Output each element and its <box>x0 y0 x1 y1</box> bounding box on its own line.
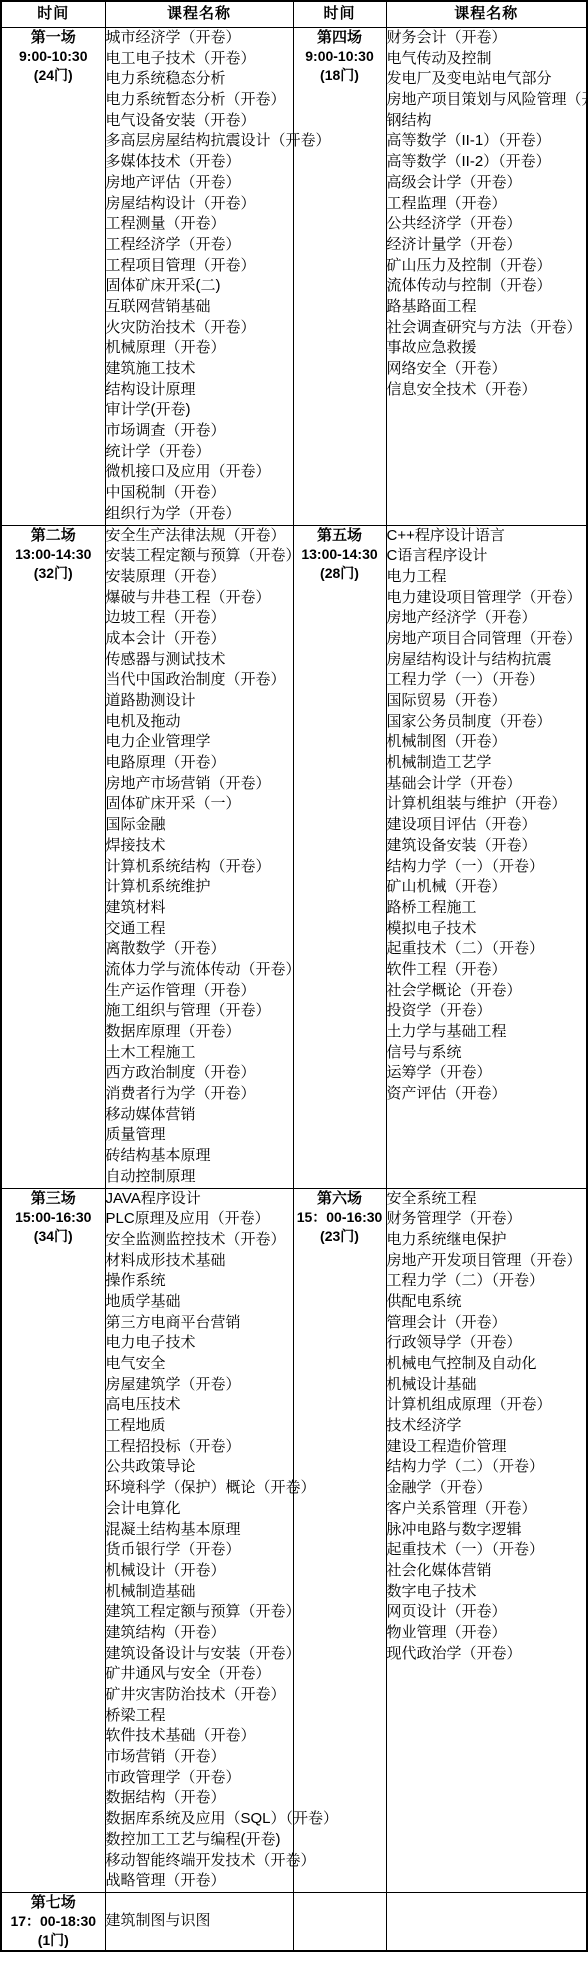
left-courses-cell: 安全生产法律法规（开卷）安装工程定额与预算（开卷）安装原理（开卷）爆破与井巷工程… <box>105 525 293 1188</box>
course-item: 爆破与井巷工程（开卷） <box>106 588 293 609</box>
course-item: 交通工程 <box>106 919 293 940</box>
course-item: 生产运作管理（开卷） <box>106 981 293 1002</box>
session-label: 第二场 <box>2 526 105 545</box>
session-label: 第一场 <box>2 28 105 47</box>
course-item: 数据库原理（开卷） <box>106 1022 293 1043</box>
course-item: 自动控制原理 <box>106 1167 293 1188</box>
course-item: 电力电子技术 <box>106 1333 293 1354</box>
course-item: 安全监测监控技术（开卷） <box>106 1230 293 1251</box>
course-item: 路基路面工程 <box>387 297 587 318</box>
left-courses-cell: 城市经济学（开卷）电工电子技术（开卷）电力系统稳态分析电力系统暂态分析（开卷）电… <box>105 28 293 526</box>
course-item: 网页设计（开卷） <box>387 1602 587 1623</box>
right-courses-cell: 财务会计（开卷）电气传动及控制发电厂及变电站电气部分房地产项目策划与风险管理（开… <box>386 28 587 526</box>
course-item: 材料成形技术基础 <box>106 1251 293 1272</box>
session-label: 第六场 <box>294 1189 386 1208</box>
course-item: 机械原理（开卷） <box>106 338 293 359</box>
course-item: 电机及拖动 <box>106 712 293 733</box>
course-item: 统计学（开卷） <box>106 442 293 463</box>
course-item: 计算机系统结构（开卷） <box>106 857 293 878</box>
course-item: 离散数学（开卷） <box>106 939 293 960</box>
course-item: 数控加工工艺与编程(开卷) <box>106 1830 293 1851</box>
course-item: 房地产评估（开卷） <box>106 173 293 194</box>
course-item: 工程经济学（开卷） <box>106 235 293 256</box>
course-item: 网络安全（开卷） <box>387 359 587 380</box>
course-item: 机械设计基础 <box>387 1375 587 1396</box>
session-course-count: (23门) <box>294 1227 386 1246</box>
course-item: 安装原理（开卷） <box>106 567 293 588</box>
course-item: 信息安全技术（开卷） <box>387 380 587 401</box>
left-courses-cell: 建筑制图与识图 <box>105 1892 293 1951</box>
course-item: JAVA程序设计 <box>106 1189 293 1210</box>
course-item: 建筑结构（开卷） <box>106 1623 293 1644</box>
course-item: 电力建设项目管理学（开卷） <box>387 588 587 609</box>
right-courses-cell: 安全系统工程财务管理学（开卷）电力系统继电保护房地产开发项目管理（开卷）工程力学… <box>386 1188 587 1892</box>
course-item: 起重技术（一）（开卷） <box>387 1540 587 1561</box>
session-course-count: (28门) <box>294 564 386 583</box>
course-item: 金融学（开卷） <box>387 1478 587 1499</box>
session-label: 第七场 <box>2 1893 105 1912</box>
course-item: C++程序设计语言 <box>387 526 587 547</box>
course-item: 工程监理（开卷） <box>387 194 587 215</box>
session-label: 第五场 <box>294 526 386 545</box>
course-item: 微机接口及应用（开卷） <box>106 462 293 483</box>
course-item: 多高层房屋结构抗震设计（开卷） <box>106 131 293 152</box>
course-item: 电力系统暂态分析（开卷） <box>106 90 293 111</box>
left-session-time-cell: 第三场15:00-16:30(34门) <box>1 1188 105 1892</box>
course-item: 成本会计（开卷） <box>106 629 293 650</box>
course-item: 高等数学（II-1）（开卷） <box>387 131 587 152</box>
course-item: 机械制造基础 <box>106 1582 293 1603</box>
course-item: 质量管理 <box>106 1125 293 1146</box>
course-item: 脉冲电路与数字逻辑 <box>387 1520 587 1541</box>
course-item: 建设项目评估（开卷） <box>387 815 587 836</box>
course-item: 矿山机械（开卷） <box>387 877 587 898</box>
course-item: 电气设备安装（开卷） <box>106 111 293 132</box>
course-item: 安装工程定额与预算（开卷） <box>106 546 293 567</box>
course-item: 当代中国政治制度（开卷） <box>106 670 293 691</box>
course-item: 房地产经济学（开卷） <box>387 608 587 629</box>
course-item: 数据结构（开卷） <box>106 1788 293 1809</box>
course-item: 技术经济学 <box>387 1416 587 1437</box>
course-item: 电力系统稳态分析 <box>106 69 293 90</box>
course-item: 高等数学（II-2）（开卷） <box>387 152 587 173</box>
course-item: 安全系统工程 <box>387 1189 587 1210</box>
course-item: 管理会计（开卷） <box>387 1313 587 1334</box>
course-item: 矿井通风与安全（开卷） <box>106 1664 293 1685</box>
course-item: 组织行为学（开卷） <box>106 504 293 525</box>
session-time: 15：00-16:30 <box>294 1208 386 1227</box>
course-item: 电力企业管理学 <box>106 732 293 753</box>
right-session-time-cell: 第六场15：00-16:30(23门) <box>293 1188 386 1892</box>
header-course-right: 课程名称 <box>386 1 587 28</box>
table-body: 第一场9:00-10:30(24门)城市经济学（开卷）电工电子技术（开卷）电力系… <box>1 28 587 1951</box>
course-item: 事故应急救援 <box>387 338 587 359</box>
course-item: 战略管理（开卷） <box>106 1871 293 1892</box>
course-item: 建筑工程定额与预算（开卷） <box>106 1602 293 1623</box>
session-label: 第三场 <box>2 1189 105 1208</box>
course-item: 焊接技术 <box>106 836 293 857</box>
course-item: 高级会计学（开卷） <box>387 173 587 194</box>
course-item: 高电压技术 <box>106 1395 293 1416</box>
session-course-count: (1门) <box>2 1931 105 1950</box>
course-item: 消费者行为学（开卷） <box>106 1084 293 1105</box>
left-session-time-cell: 第七场17：00-18:30(1门) <box>1 1892 105 1951</box>
exam-schedule-table: 时间 课程名称 时间 课程名称 第一场9:00-10:30(24门)城市经济学（… <box>0 0 588 1952</box>
session-time: 9:00-10:30 <box>294 47 386 66</box>
right-session-time-cell: 第四场9:00-10:30(18门) <box>293 28 386 526</box>
session-label: 第四场 <box>294 28 386 47</box>
course-item: 边坡工程（开卷） <box>106 608 293 629</box>
right-courses-cell: C++程序设计语言C语言程序设计电力工程电力建设项目管理学（开卷）房地产经济学（… <box>386 525 587 1188</box>
course-item: 资产评估（开卷） <box>387 1084 587 1105</box>
session-course-count: (34门) <box>2 1227 105 1246</box>
course-item: 土木工程施工 <box>106 1043 293 1064</box>
course-item: 公共经济学（开卷） <box>387 214 587 235</box>
session-time: 9:00-10:30 <box>2 47 105 66</box>
course-item: 现代政治学（开卷） <box>387 1644 587 1665</box>
course-item: 运筹学（开卷） <box>387 1063 587 1084</box>
course-item: 财务会计（开卷） <box>387 28 587 49</box>
course-item: 桥梁工程 <box>106 1706 293 1727</box>
course-item: 中国税制（开卷） <box>106 483 293 504</box>
course-item: 供配电系统 <box>387 1292 587 1313</box>
left-session-time-cell: 第一场9:00-10:30(24门) <box>1 28 105 526</box>
course-item: 机械制图（开卷） <box>387 732 587 753</box>
schedule-row-group-1: 第一场9:00-10:30(24门)城市经济学（开卷）电工电子技术（开卷）电力系… <box>1 28 587 526</box>
course-item: 电气安全 <box>106 1354 293 1375</box>
course-item: 财务管理学（开卷） <box>387 1209 587 1230</box>
header-course-left: 课程名称 <box>105 1 293 28</box>
course-item: 操作系统 <box>106 1271 293 1292</box>
session-time: 13:00-14:30 <box>2 545 105 564</box>
course-item: 西方政治制度（开卷） <box>106 1063 293 1084</box>
table-header: 时间 课程名称 时间 课程名称 <box>1 1 587 28</box>
course-item: 行政领导学（开卷） <box>387 1333 587 1354</box>
course-item: 固体矿床开采（一） <box>106 794 293 815</box>
course-item: 投资学（开卷） <box>387 1001 587 1022</box>
course-item: 公共政策导论 <box>106 1457 293 1478</box>
session-course-count: (32门) <box>2 564 105 583</box>
course-item: 货币银行学（开卷） <box>106 1540 293 1561</box>
session-course-count: (24门) <box>2 66 105 85</box>
course-item: 传感器与测试技术 <box>106 650 293 671</box>
course-item: 房屋结构设计（开卷） <box>106 194 293 215</box>
course-item: 建设工程造价管理 <box>387 1437 587 1458</box>
course-item: 第三方电商平台营销 <box>106 1313 293 1334</box>
course-item: 审计学(开卷) <box>106 400 293 421</box>
course-item: 矿山压力及控制（开卷） <box>387 256 587 277</box>
course-item: 流体传动与控制（开卷） <box>387 276 587 297</box>
course-item: 火灾防治技术（开卷） <box>106 318 293 339</box>
header-row: 时间 课程名称 时间 课程名称 <box>1 1 587 28</box>
course-item: 数据库系统及应用（SQL）（开卷） <box>106 1809 293 1830</box>
course-item: 客户关系管理（开卷） <box>387 1499 587 1520</box>
course-item: 城市经济学（开卷） <box>106 28 293 49</box>
course-item: 建筑材料 <box>106 898 293 919</box>
course-item: 信号与系统 <box>387 1043 587 1064</box>
course-item: 社会调查研究与方法（开卷） <box>387 318 587 339</box>
course-item: 建筑设备安装（开卷） <box>387 836 587 857</box>
course-item: 数字电子技术 <box>387 1582 587 1603</box>
course-item: 工程测量（开卷） <box>106 214 293 235</box>
course-item: 计算机组装与维护（开卷） <box>387 794 587 815</box>
course-item: 工程地质 <box>106 1416 293 1437</box>
course-item: 社会学概论（开卷） <box>387 981 587 1002</box>
course-item: 房屋建筑学（开卷） <box>106 1375 293 1396</box>
right-session-time-cell: 第五场13:00-14:30(28门) <box>293 525 386 1188</box>
course-item: 多媒体技术（开卷） <box>106 152 293 173</box>
course-item: 移动媒体营销 <box>106 1105 293 1126</box>
course-item: 社会化媒体营销 <box>387 1561 587 1582</box>
course-item: 房地产市场营销（开卷） <box>106 774 293 795</box>
course-item: 模拟电子技术 <box>387 919 587 940</box>
course-item: 互联网营销基础 <box>106 297 293 318</box>
left-courses-cell: JAVA程序设计PLC原理及应用（开卷）安全监测监控技术（开卷）材料成形技术基础… <box>105 1188 293 1892</box>
course-item: 经济计量学（开卷） <box>387 235 587 256</box>
course-item: 电力工程 <box>387 567 587 588</box>
course-item: 房屋结构设计与结构抗震 <box>387 650 587 671</box>
course-item: 国家公务员制度（开卷） <box>387 712 587 733</box>
course-item: 计算机系统维护 <box>106 877 293 898</box>
course-item: 结构设计原理 <box>106 380 293 401</box>
course-item: 国际贸易（开卷） <box>387 691 587 712</box>
course-item: 国际金融 <box>106 815 293 836</box>
course-item: 土力学与基础工程 <box>387 1022 587 1043</box>
course-item: 电力系统继电保护 <box>387 1230 587 1251</box>
course-item: 物业管理（开卷） <box>387 1623 587 1644</box>
schedule-row-group-4: 第七场17：00-18:30(1门)建筑制图与识图 <box>1 1892 587 1951</box>
session-time: 17：00-18:30 <box>2 1912 105 1931</box>
course-item: 建筑施工技术 <box>106 359 293 380</box>
course-item: 电气传动及控制 <box>387 49 587 70</box>
course-item: 工程招投标（开卷） <box>106 1437 293 1458</box>
course-item: 起重技术（二）（开卷） <box>387 939 587 960</box>
right-session-time-cell <box>293 1892 386 1951</box>
course-item: C语言程序设计 <box>387 546 587 567</box>
course-item: 机械制造工艺学 <box>387 753 587 774</box>
course-item: 建筑制图与识图 <box>106 1911 293 1932</box>
course-item: 矿井灾害防治技术（开卷） <box>106 1685 293 1706</box>
course-item: 砖结构基本原理 <box>106 1146 293 1167</box>
course-item: 钢结构 <box>387 111 587 132</box>
session-time: 13:00-14:30 <box>294 545 386 564</box>
course-item: 房地产项目合同管理（开卷） <box>387 629 587 650</box>
right-courses-cell <box>386 1892 587 1951</box>
course-item: 工程项目管理（开卷） <box>106 256 293 277</box>
course-item: 施工组织与管理（开卷） <box>106 1001 293 1022</box>
course-item: 软件技术基础（开卷） <box>106 1726 293 1747</box>
left-session-time-cell: 第二场13:00-14:30(32门) <box>1 525 105 1188</box>
course-item: 基础会计学（开卷） <box>387 774 587 795</box>
course-item: 地质学基础 <box>106 1292 293 1313</box>
course-item: 市政管理学（开卷） <box>106 1768 293 1789</box>
course-item: 结构力学（二）（开卷） <box>387 1457 587 1478</box>
course-item: 环境科学（保护）概论（开卷） <box>106 1478 293 1499</box>
course-item: PLC原理及应用（开卷） <box>106 1209 293 1230</box>
header-time-left: 时间 <box>1 1 105 28</box>
course-item: 计算机组成原理（开卷） <box>387 1395 587 1416</box>
course-item: 流体力学与流体传动（开卷） <box>106 960 293 981</box>
course-item: 工程力学（二）（开卷） <box>387 1271 587 1292</box>
schedule-row-group-3: 第三场15:00-16:30(34门)JAVA程序设计PLC原理及应用（开卷）安… <box>1 1188 587 1892</box>
course-item: 电工电子技术（开卷） <box>106 49 293 70</box>
course-item: 软件工程（开卷） <box>387 960 587 981</box>
course-item: 固体矿床开采(二) <box>106 276 293 297</box>
session-time: 15:00-16:30 <box>2 1208 105 1227</box>
course-item: 路桥工程施工 <box>387 898 587 919</box>
course-item: 会计电算化 <box>106 1499 293 1520</box>
course-item: 结构力学（一）（开卷） <box>387 857 587 878</box>
course-item: 机械电气控制及自动化 <box>387 1354 587 1375</box>
schedule-row-group-2: 第二场13:00-14:30(32门)安全生产法律法规（开卷）安装工程定额与预算… <box>1 525 587 1188</box>
course-item: 房地产开发项目管理（开卷） <box>387 1251 587 1272</box>
course-item: 机械设计（开卷） <box>106 1561 293 1582</box>
course-item: 工程力学（一）（开卷） <box>387 670 587 691</box>
header-time-right: 时间 <box>293 1 386 28</box>
course-item: 建筑设备设计与安装（开卷） <box>106 1644 293 1665</box>
session-course-count: (18门) <box>294 66 386 85</box>
course-item: 移动智能终端开发技术（开卷） <box>106 1851 293 1872</box>
course-item: 市场调查（开卷） <box>106 421 293 442</box>
course-item: 房地产项目策划与风险管理（开卷） <box>387 90 587 111</box>
course-item: 发电厂及变电站电气部分 <box>387 69 587 90</box>
course-item: 电路原理（开卷） <box>106 753 293 774</box>
course-item: 道路勘测设计 <box>106 691 293 712</box>
course-item: 混凝土结构基本原理 <box>106 1520 293 1541</box>
course-item: 安全生产法律法规（开卷） <box>106 526 293 547</box>
course-item: 市场营销（开卷） <box>106 1747 293 1768</box>
